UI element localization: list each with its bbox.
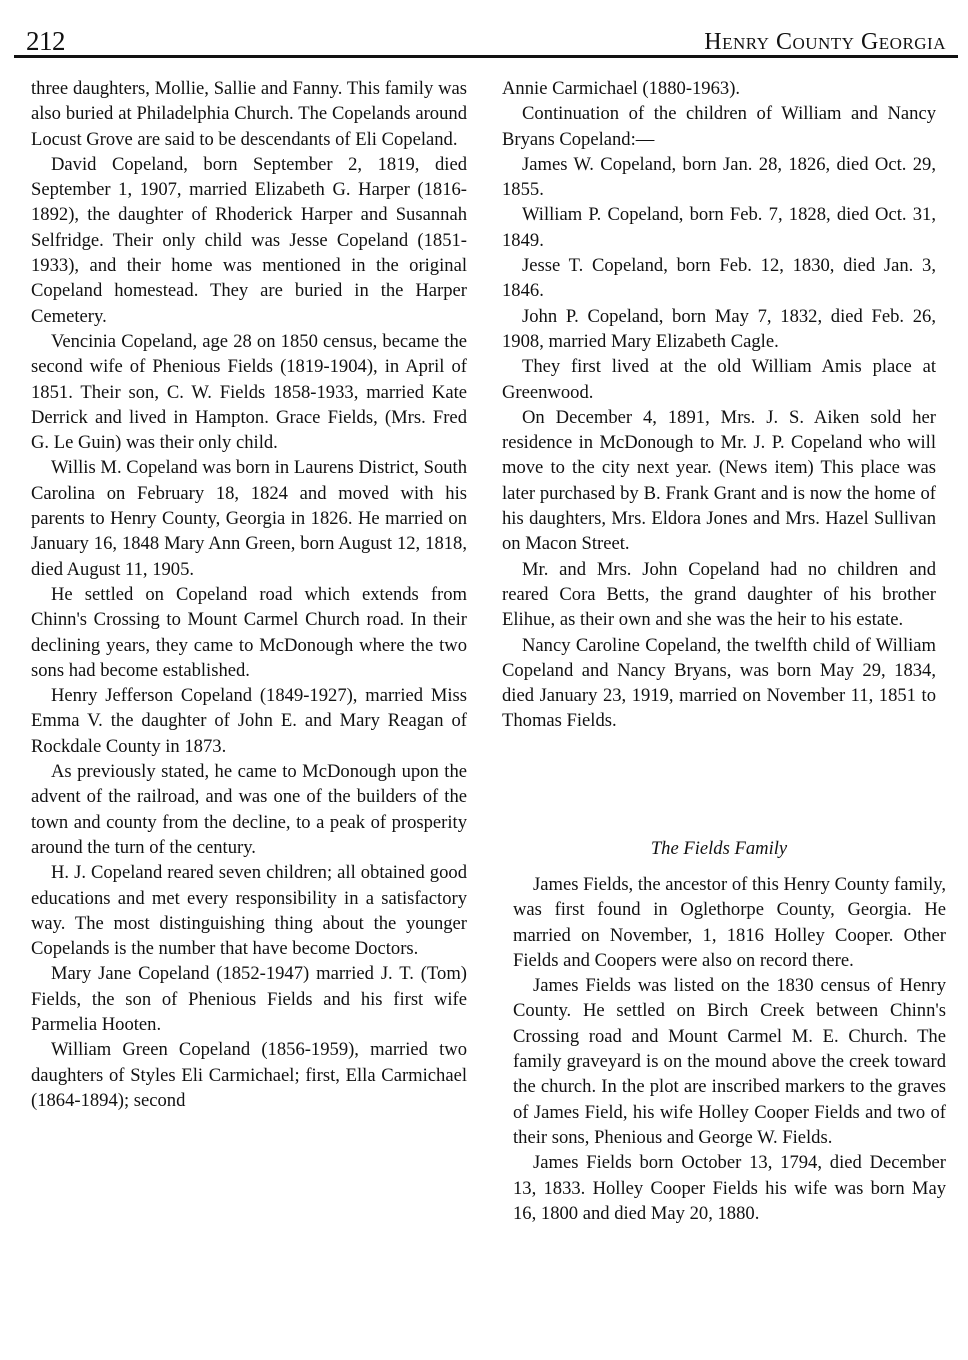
paragraph: Henry Jefferson Copeland (1849-1927), ma…	[31, 683, 467, 759]
paragraph: H. J. Copeland reared seven children; al…	[31, 860, 467, 961]
paragraph: He settled on Copeland road which extend…	[31, 582, 467, 683]
paragraph: William Green Copeland (1856-1959), marr…	[31, 1037, 467, 1113]
page-header: 212 Henry County Georgia	[14, 14, 958, 58]
page-number: 212	[26, 26, 65, 56]
paragraph: Annie Carmichael (1880-1963).	[502, 76, 936, 101]
paragraph: William P. Copeland, born Feb. 7, 1828, …	[502, 202, 936, 253]
running-title: Henry County Georgia	[704, 28, 946, 56]
paragraph: As previously stated, he came to McDonou…	[31, 759, 467, 860]
paragraph: James Fields born October 13, 1794, died…	[513, 1150, 946, 1226]
paragraph: Vencinia Copeland, age 28 on 1850 census…	[31, 329, 467, 455]
paragraph: three daughters, Mollie, Sallie and Fann…	[31, 76, 467, 152]
paragraph: David Copeland, born September 2, 1819, …	[31, 152, 467, 329]
paragraph: They first lived at the old William Amis…	[502, 354, 936, 405]
paragraph: James Fields, the ancestor of this Henry…	[513, 872, 946, 973]
right-column: Annie Carmichael (1880-1963). Continuati…	[502, 76, 936, 734]
paragraph: James Fields was listed on the 1830 cens…	[513, 973, 946, 1150]
paragraph: Jesse T. Copeland, born Feb. 12, 1830, d…	[502, 253, 936, 304]
fields-family-section: James Fields, the ancestor of this Henry…	[513, 872, 946, 1226]
paragraph: James W. Copeland, born Jan. 28, 1826, d…	[502, 152, 936, 203]
left-column: three daughters, Mollie, Sallie and Fann…	[31, 76, 467, 1113]
paragraph: Mary Jane Copeland (1852-1947) married J…	[31, 961, 467, 1037]
paragraph: Nancy Caroline Copeland, the twelfth chi…	[502, 633, 936, 734]
paragraph: Willis M. Copeland was born in Laurens D…	[31, 455, 467, 581]
paragraph: John P. Copeland, born May 7, 1832, died…	[502, 304, 936, 355]
section-heading: The Fields Family	[502, 836, 936, 861]
paragraph: On December 4, 1891, Mrs. J. S. Aiken so…	[502, 405, 936, 557]
paragraph: Mr. and Mrs. John Copeland had no childr…	[502, 557, 936, 633]
paragraph: Continuation of the children of William …	[502, 101, 936, 152]
header-rule	[14, 55, 958, 58]
